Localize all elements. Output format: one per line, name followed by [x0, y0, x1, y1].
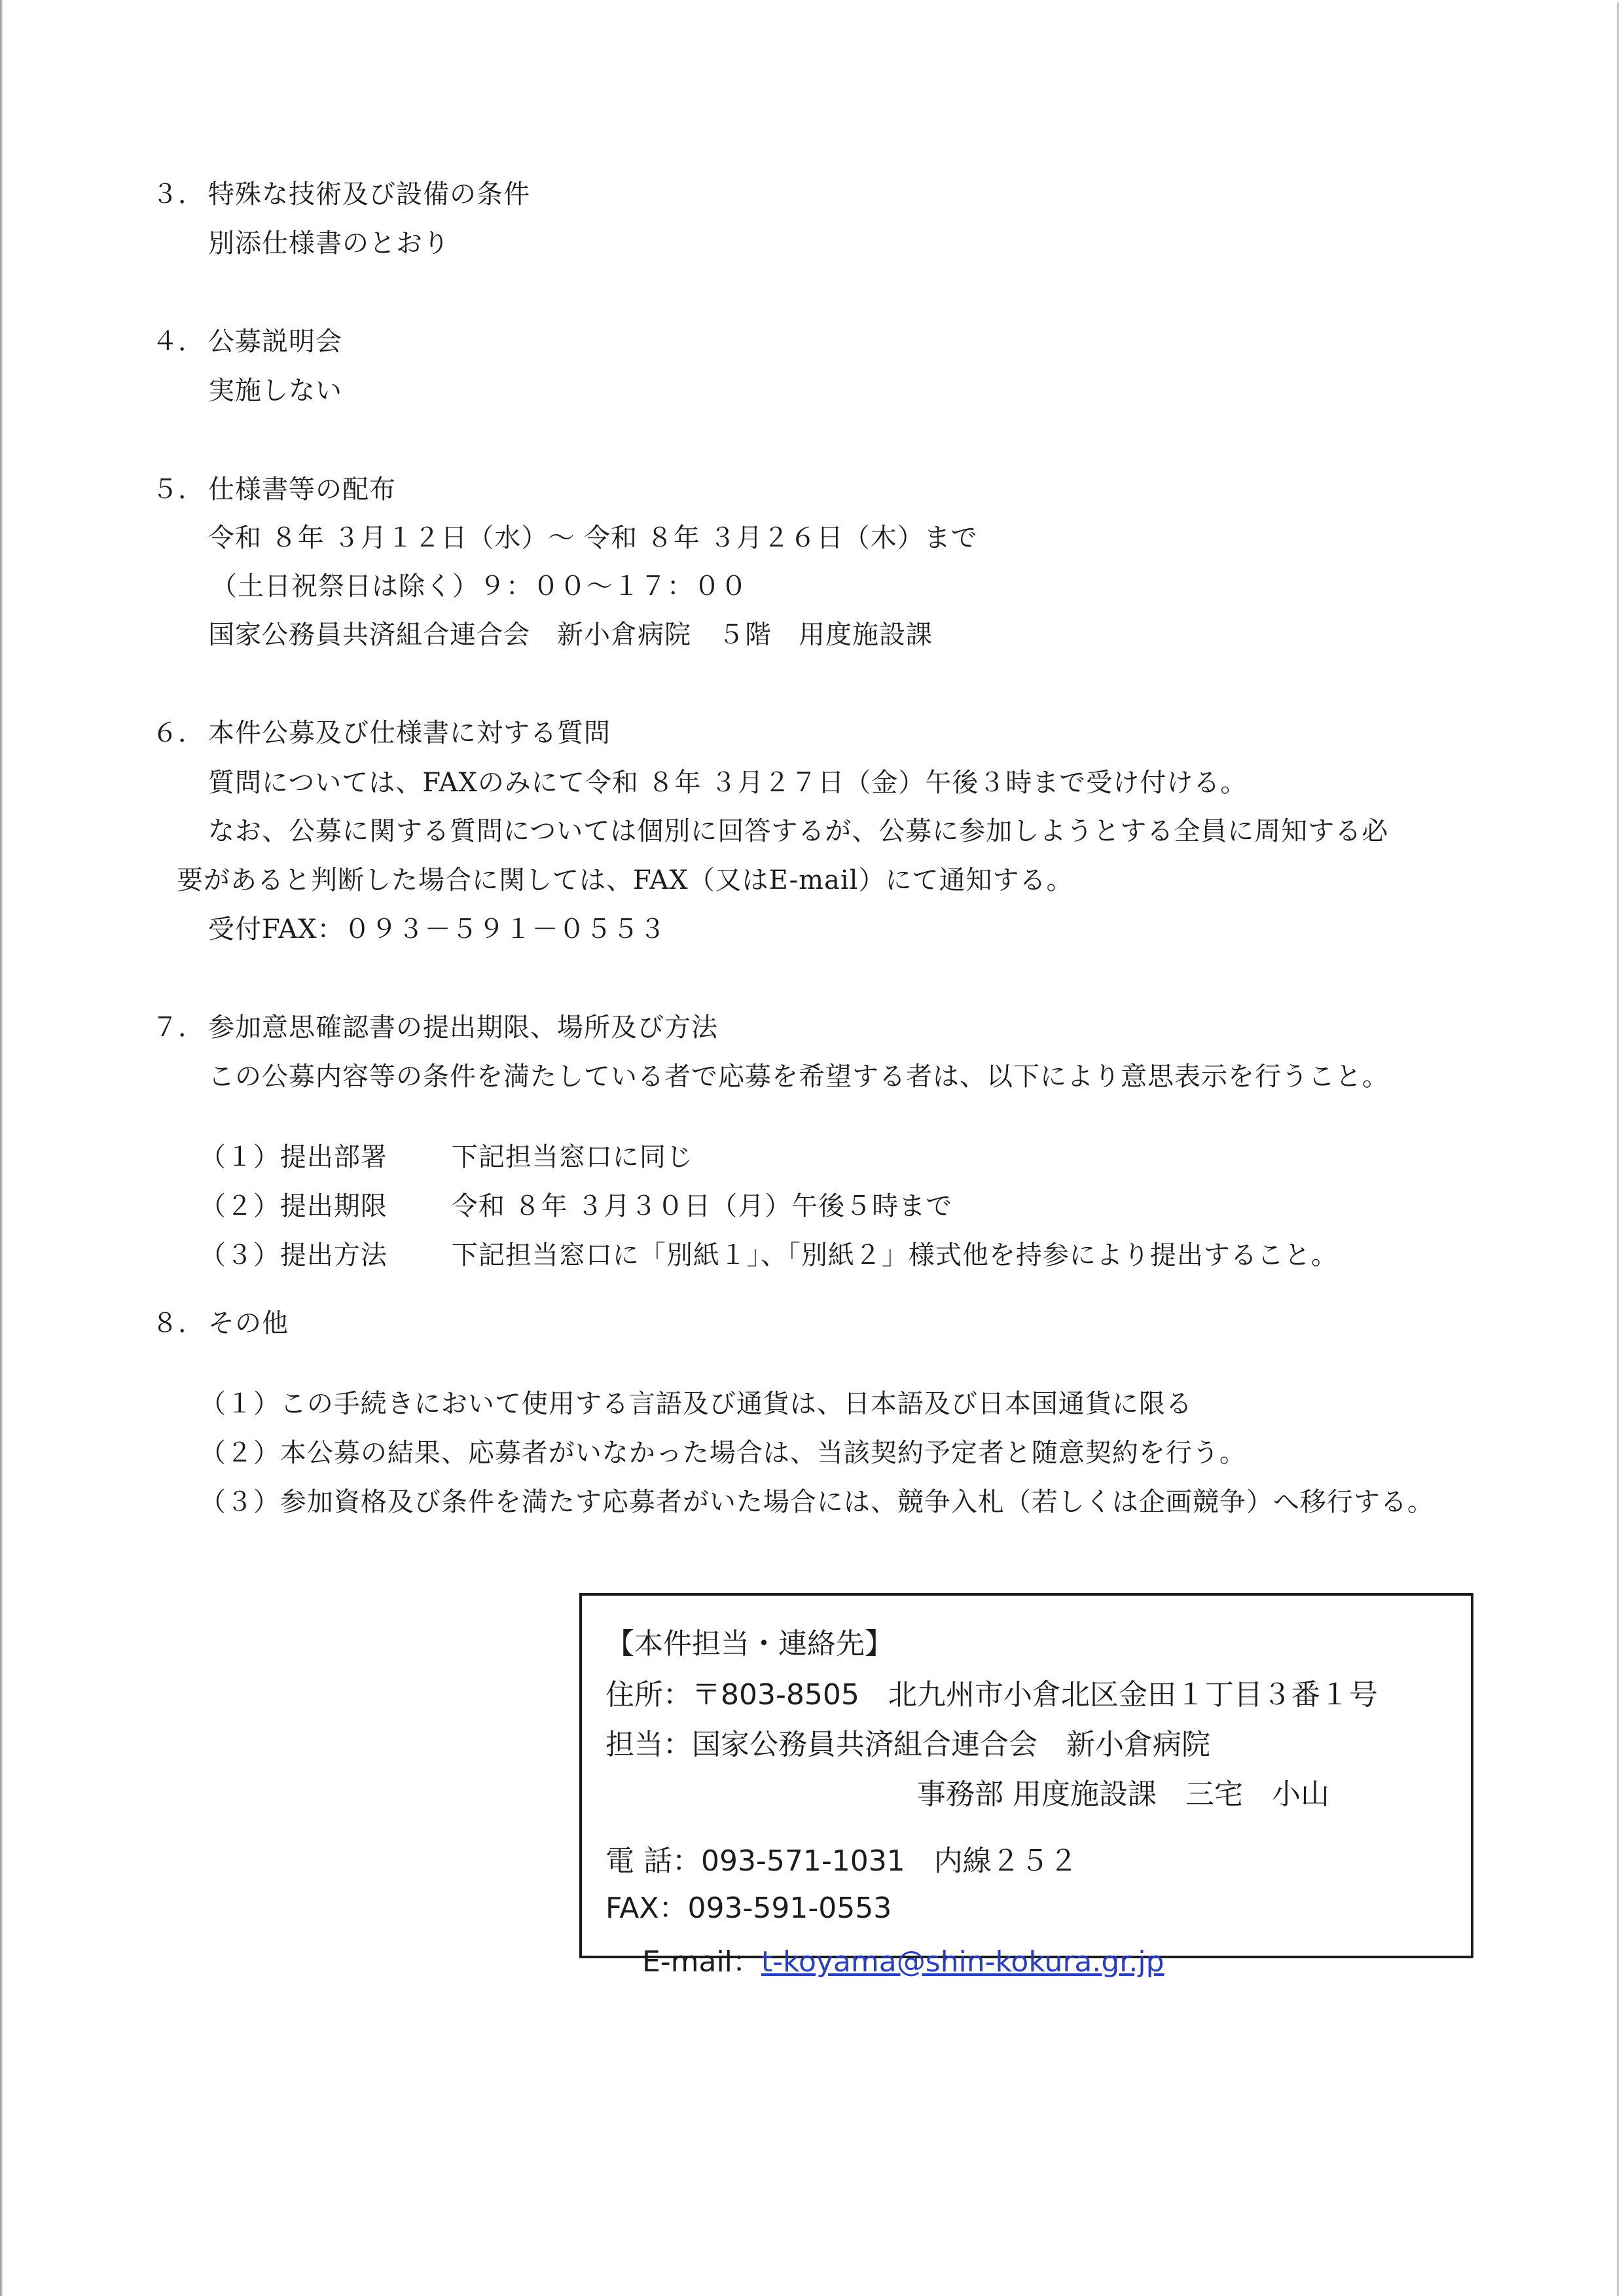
section-title: 仕様書等の配布: [208, 474, 396, 505]
email-link[interactable]: t-koyama@shin-kokura.gr.jp: [761, 1945, 1164, 1979]
section-number: ３．: [152, 179, 204, 210]
scan-edge-left: [0, 0, 3, 2296]
section-title: 本件公募及び仕様書に対する質問: [208, 717, 611, 749]
distribution-hours: （土日祝祭日は除く）９：００～１７：００: [211, 571, 748, 602]
distribution-period: 令和 ８年 ３月１２日（水）～ 令和 ８年 ３月２６日（木）まで: [208, 522, 978, 554]
item-label: 提出方法: [280, 1240, 452, 1271]
section-body: 別添仕様書のとおり: [208, 228, 450, 259]
section-number: ５．: [152, 474, 204, 505]
contact-heading: 【本件担当・連絡先】: [605, 1627, 893, 1661]
section-title: その他: [208, 1308, 289, 1339]
section-title: 公募説明会: [208, 326, 342, 357]
list-item: （３）参加資格及び条件を満たす応募者がいた場合には、競争入札（若しくは企画競争）…: [164, 1455, 1434, 1549]
question-note-continued: 要があると判断した場合に関しては、FAX（又はE-mail）にて通知する。: [177, 865, 1073, 896]
section-number: ７．: [152, 1012, 204, 1043]
section-number: ４．: [152, 326, 204, 357]
contact-box: 【本件担当・連絡先】 住所：〒803-8505 北九州市小倉北区金田１丁目３番１…: [579, 1593, 1473, 1958]
section-number: ６．: [152, 717, 204, 749]
question-note: なお、公募に関する質問については個別に回答するが、公募に参加しようとする全員に周…: [208, 816, 1388, 847]
contact-department: 事務部 用度施設課 三宅 小山: [917, 1778, 1329, 1812]
item-value: 下記担当窓口に「別紙１」、「別紙２」様式他を持参により提出すること。: [452, 1240, 1338, 1270]
list-item: （３）提出方法下記担当窓口に「別紙１」、「別紙２」様式他を持参により提出すること…: [164, 1208, 1338, 1302]
question-deadline: 質問については、FAXのみにて令和 ８年 ３月２７日（金）午後３時まで受け付ける…: [208, 767, 1247, 798]
section-body: 実施しない: [208, 375, 342, 406]
item-value: 参加資格及び条件を満たす応募者がいた場合には、競争入札（若しくは企画競争）へ移行…: [280, 1487, 1434, 1517]
section-body: この公募内容等の条件を満たしている者で応募を希望する者は、以下により意思表示を行…: [208, 1061, 1389, 1092]
scan-edge-right: [1617, 3, 1619, 2296]
contact-phone: 電 話：093-571-1031 内線２５２: [605, 1844, 1078, 1878]
contact-address: 住所：〒803-8505 北九州市小倉北区金田１丁目３番１号: [605, 1678, 1378, 1712]
reception-fax: 受付FAX：０９３－５９１－０５５３: [208, 914, 666, 945]
section-title: 特殊な技術及び設備の条件: [208, 179, 530, 210]
contact-person: 担当：国家公務員共済組合連合会 新小倉病院: [605, 1728, 1210, 1762]
distribution-location: 国家公務員共済組合連合会 新小倉病院 ５階 用度施設課: [208, 619, 933, 651]
email-label: E-mail：: [642, 1945, 761, 1979]
item-marker: （３）: [200, 1487, 280, 1517]
section-number: ８．: [152, 1308, 204, 1339]
section-title: 参加意思確認書の提出期限、場所及び方法: [208, 1012, 718, 1043]
contact-email-row: E-mail：t-koyama@shin-kokura.gr.jp: [605, 1911, 1164, 2013]
item-marker: （３）: [200, 1240, 280, 1270]
